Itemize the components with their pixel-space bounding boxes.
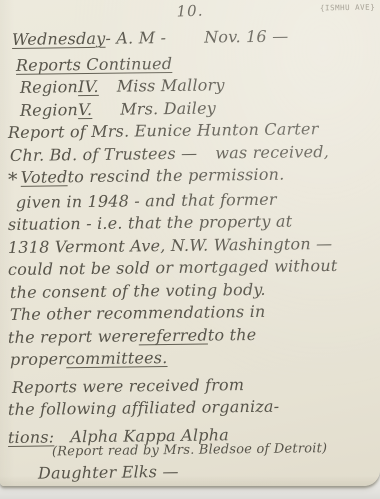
archival-stamp: {ISMHU AVE} [320, 3, 375, 13]
text-segment: the following affiliated organiza- [8, 396, 280, 422]
text-segment: V. [78, 98, 93, 121]
text-segment: Daughter Elks — [38, 460, 179, 484]
text-segment: Region [20, 99, 78, 122]
text-segment: Reports Continued [16, 52, 172, 76]
text-segment: the consent of the voting body. [10, 278, 266, 304]
handwritten-line: Daughter Elks — [8, 458, 380, 485]
text-segment: Report of Mrs. Eunice Hunton Carter [8, 118, 319, 144]
text-segment: referred [139, 324, 208, 347]
text-segment: Region [20, 76, 78, 99]
text-segment: to the [208, 323, 257, 346]
page-number: 10. [176, 2, 203, 21]
text-segment: situation - i.e. that the property at [8, 211, 293, 237]
document-page: 10. {ISMHU AVE} Wednesday - A. M -Nov. 1… [0, 0, 380, 486]
text-segment: given in 1948 - and that former [16, 188, 277, 214]
text-segment: could not be sold or mortgaged without [8, 255, 338, 282]
text-segment: the report were [8, 325, 139, 349]
text-segment: committees. [66, 347, 168, 371]
handwritten-line: the following affiliated organiza- [8, 394, 380, 421]
text-segment: Chr. Bd. of Trustees — [10, 142, 198, 167]
text-segment: Reports were received from [12, 374, 244, 399]
text-segment: was received, [215, 141, 329, 165]
text-segment: Miss Mallory [117, 74, 225, 98]
text-segment: The other recommendations in [10, 301, 266, 327]
text-segment: proper [10, 348, 66, 371]
text-segment: Mrs. Dailey [120, 97, 216, 121]
text-segment: IV. [78, 76, 99, 99]
text-segment: Nov. 16 — [204, 26, 288, 50]
handwritten-line: proper committees. [8, 344, 380, 371]
text-segment: Wednesday [12, 28, 106, 52]
handwriting-lines: Wednesday - A. M -Nov. 16 —Reports Conti… [8, 23, 380, 485]
text-segment: to rescind the permission. [67, 164, 284, 189]
handwritten-line: Wednesday - A. M -Nov. 16 — [8, 24, 380, 51]
margin-asterisk: * [8, 169, 18, 192]
text-segment: - A. M - [105, 27, 166, 50]
text-segment: Voted [21, 166, 68, 189]
